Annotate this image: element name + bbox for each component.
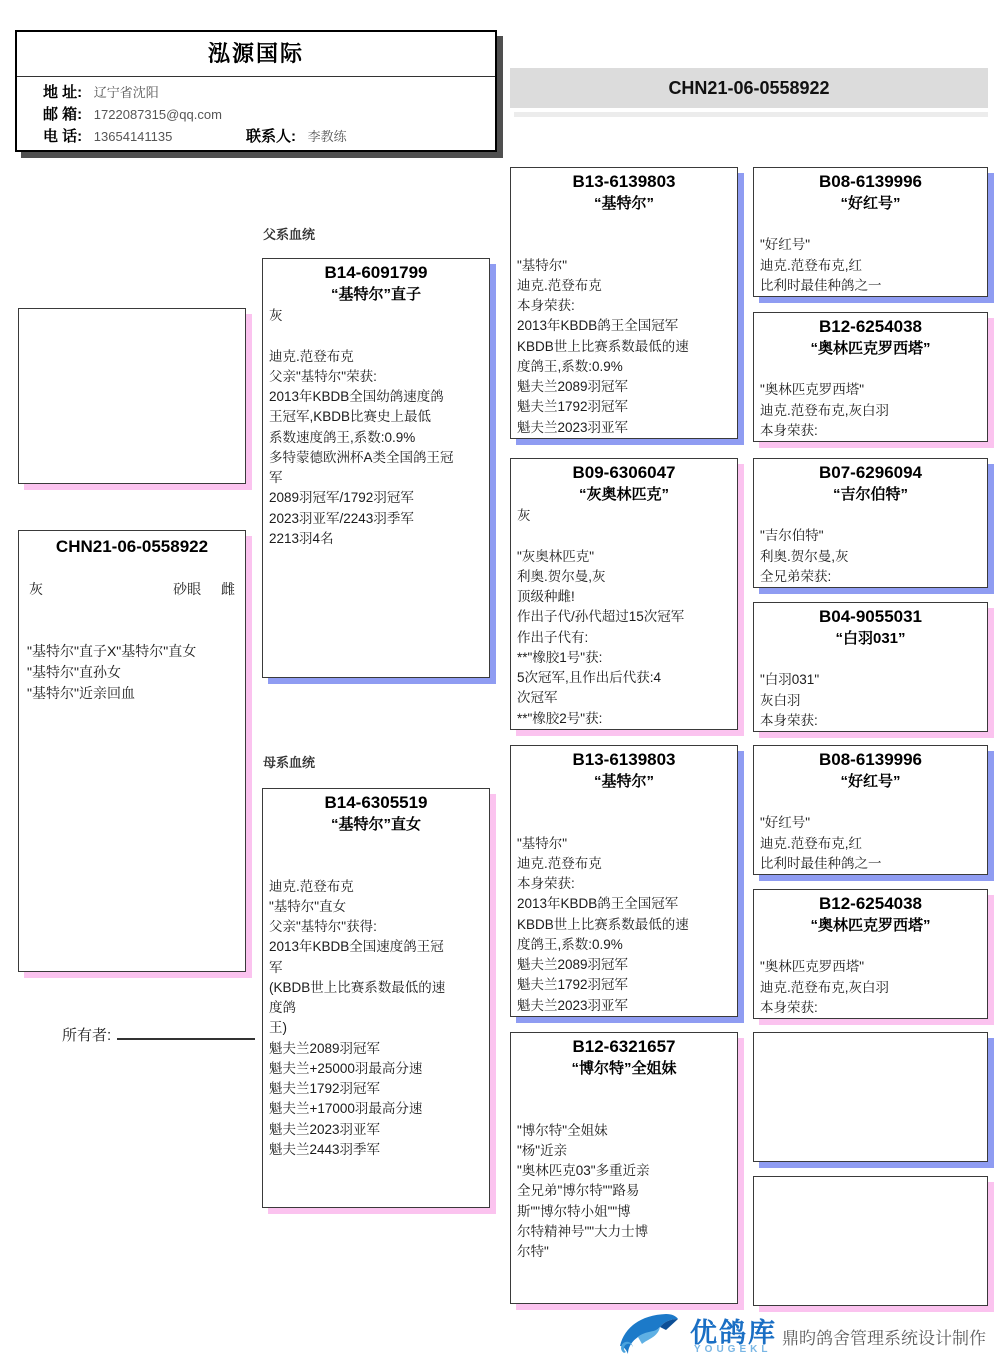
great-grandparent-name: “好红号” <box>754 770 987 791</box>
email-value: 1722087315@qq.com <box>94 107 222 122</box>
contact-label: 联系人: <box>246 128 296 145</box>
great-grandparent-ring-number: B07-6296094 <box>754 459 987 483</box>
great-grandparent-name: “好红号” <box>754 192 987 213</box>
grandparent-details: "基特尔" 迪克.范登布克 本身荣获: 2013年KBDB鸽王全国冠军 KBDB… <box>511 791 737 1016</box>
pedigree-box-great-grandparent-2: B12-6254038 “奥林匹克罗西塔” "奥林匹克罗西塔" 迪克.范登布克,… <box>753 312 988 442</box>
great-grandparent-details: "好红号" 迪克.范登布克,红 比利时最佳种鸽之一 <box>754 213 987 296</box>
pedigree-box-great-grandparent-4: B04-9055031 “白羽031” "白羽031" 灰白羽 本身荣获: <box>753 602 988 732</box>
address-row: 地 址: 辽宁省沈阳 <box>43 82 495 104</box>
loft-name: 泓源国际 <box>17 32 495 77</box>
father-ring-number: B14-6091799 <box>263 259 489 283</box>
great-grandparent-name: “吉尔伯特” <box>754 483 987 504</box>
mother-ring-number: B14-6305519 <box>263 789 489 813</box>
address-label: 地 址: <box>43 84 82 101</box>
great-grandparent-ring-number: B04-9055031 <box>754 603 987 627</box>
breeder-contact-rows: 地 址: 辽宁省沈阳 邮 箱: 1722087315@qq.com 电 话: 1… <box>17 77 495 148</box>
owner-line: 所有者: <box>62 1024 255 1045</box>
great-grandparent-ring-number: B08-6139996 <box>754 168 987 192</box>
pedigree-box-maternal-grandmother: B12-6321657 “博尔特”全姐妹 "博尔特"全姐妹 "杨"近亲 "奥林匹… <box>510 1032 738 1304</box>
pedigree-box-great-grandparent-1: B08-6139996 “好红号” "好红号" 迪克.范登布克,红 比利时最佳种… <box>753 167 988 297</box>
yougeku-logo-icon <box>614 1306 680 1363</box>
grandparent-name: “基特尔” <box>511 770 737 791</box>
subject-bird-box: CHN21-06-0558922 灰 砂眼 雌 "基特尔"直子X"基特尔"直女 … <box>18 530 246 972</box>
grandparent-ring-number: B13-6139803 <box>511 746 737 770</box>
pigeon-photo-placeholder <box>18 308 246 484</box>
great-grandparent-name: “奥林匹克罗西塔” <box>754 914 987 935</box>
pedigree-box-father: B14-6091799 “基特尔”直子 灰 迪克.范登布克 父亲"基特尔"荣获:… <box>262 258 490 678</box>
pedigree-box-great-grandparent-6: B12-6254038 “奥林匹克罗西塔” "奥林匹克罗西塔" 迪克.范登布克,… <box>753 889 988 1019</box>
owner-label: 所有者: <box>62 1027 111 1044</box>
great-grandparent-ring-number: B12-6254038 <box>754 890 987 914</box>
father-details: 灰 迪克.范登布克 父亲"基特尔"荣获: 2013年KBDB全国幼鸽速度鸽 王冠… <box>263 304 489 549</box>
great-grandparent-details: "奥林匹克罗西塔" 迪克.范登布克,灰白羽 本身荣获: <box>754 358 987 441</box>
paternal-line-label: 父系血统 <box>263 224 315 243</box>
pedigree-box-great-grandparent-8-empty <box>753 1176 988 1306</box>
grandparent-ring-number: B09-6306047 <box>511 459 737 483</box>
contact-value: 李教练 <box>308 129 347 144</box>
pedigree-box-great-grandparent-5: B08-6139996 “好红号” "好红号" 迪克.范登布克,红 比利时最佳种… <box>753 745 988 875</box>
grandparent-details: "博尔特"全姐妹 "杨"近亲 "奥林匹克03"多重近亲 全兄弟"博尔特""路易 … <box>511 1078 737 1262</box>
phone-row: 电 话: 13654141135 联系人: 李教练 <box>43 126 495 148</box>
pedigree-certificate-page: 泓源国际 地 址: 辽宁省沈阳 邮 箱: 1722087315@qq.com 电… <box>0 0 1006 1366</box>
subject-eye: 砂眼 <box>173 581 201 597</box>
address-value: 辽宁省沈阳 <box>94 85 159 100</box>
great-grandparent-details: "白羽031" 灰白羽 本身荣获: <box>754 648 987 731</box>
subject-ring-number: CHN21-06-0558922 <box>19 531 245 557</box>
grandparent-ring-number: B13-6139803 <box>511 168 737 192</box>
great-grandparent-name: “白羽031” <box>754 627 987 648</box>
mother-details: 迪克.范登布克 "基特尔"直女 父亲"基特尔"获得: 2013年KBDB全国速度… <box>263 834 489 1160</box>
yougeku-logo-subtext: YOUGEKL <box>694 1344 771 1355</box>
grandparent-details: 灰 "灰奥林匹克" 利奥.贺尔曼,灰 顶级种雌! 作出子代/孙代超过15次冠军 … <box>511 504 737 729</box>
subject-sex: 雌 <box>221 581 235 597</box>
grandparent-name: “博尔特”全姐妹 <box>511 1057 737 1078</box>
great-grandparent-details: "奥林匹克罗西塔" 迪克.范登布克,灰白羽 本身荣获: <box>754 935 987 1018</box>
email-label: 邮 箱: <box>43 106 82 123</box>
grandparent-name: “基特尔” <box>511 192 737 213</box>
great-grandparent-ring-number: B12-6254038 <box>754 313 987 337</box>
great-grandparent-name: “奥林匹克罗西塔” <box>754 337 987 358</box>
maternal-line-label: 母系血统 <box>263 752 315 771</box>
owner-blank-line <box>117 1024 255 1040</box>
pedigree-box-great-grandparent-7-empty <box>753 1032 988 1162</box>
software-credit: 鼎昀鸽舍管理系统设计制作 <box>782 1324 986 1349</box>
phone-label: 电 话: <box>43 128 82 145</box>
pedigree-box-paternal-grandmother: B09-6306047 “灰奥林匹克” 灰 "灰奥林匹克" 利奥.贺尔曼,灰 顶… <box>510 458 738 730</box>
ring-number-banner: CHN21-06-0558922 <box>510 68 988 108</box>
email-row: 邮 箱: 1722087315@qq.com <box>43 104 495 126</box>
pedigree-box-paternal-grandfather: B13-6139803 “基特尔” "基特尔" 迪克.范登布克 本身荣获: 20… <box>510 167 738 439</box>
subject-color: 灰 <box>29 579 43 599</box>
subject-traits-row: 灰 砂眼 雌 <box>19 579 245 599</box>
great-grandparent-details: "吉尔伯特" 利奥.贺尔曼,灰 全兄弟荣获: <box>754 504 987 587</box>
father-name: “基特尔”直子 <box>263 283 489 304</box>
great-grandparent-details: "好红号" 迪克.范登布克,红 比利时最佳种鸽之一 <box>754 791 987 874</box>
mother-name: “基特尔”直女 <box>263 813 489 834</box>
subject-eye-sex: 砂眼 雌 <box>157 579 235 599</box>
grandparent-name: “灰奥林匹克” <box>511 483 737 504</box>
phone-value: 13654141135 <box>94 129 173 144</box>
grandparent-details: "基特尔" 迪克.范登布克 本身荣获: 2013年KBDB鸽王全国冠军 KBDB… <box>511 213 737 438</box>
pedigree-box-great-grandparent-3: B07-6296094 “吉尔伯特” "吉尔伯特" 利奥.贺尔曼,灰 全兄弟荣获… <box>753 458 988 588</box>
great-grandparent-ring-number: B08-6139996 <box>754 746 987 770</box>
pedigree-box-maternal-grandfather: B13-6139803 “基特尔” "基特尔" 迪克.范登布克 本身荣获: 20… <box>510 745 738 1017</box>
breeder-info-card: 泓源国际 地 址: 辽宁省沈阳 邮 箱: 1722087315@qq.com 电… <box>15 30 497 152</box>
banner-shadow-strip <box>514 112 988 117</box>
pedigree-box-mother: B14-6305519 “基特尔”直女 迪克.范登布克 "基特尔"直女 父亲"基… <box>262 788 490 1208</box>
subject-lineage-notes: "基特尔"直子X"基特尔"直女 "基特尔"直孙女 "基特尔"近亲回血 <box>19 599 245 704</box>
grandparent-ring-number: B12-6321657 <box>511 1033 737 1057</box>
